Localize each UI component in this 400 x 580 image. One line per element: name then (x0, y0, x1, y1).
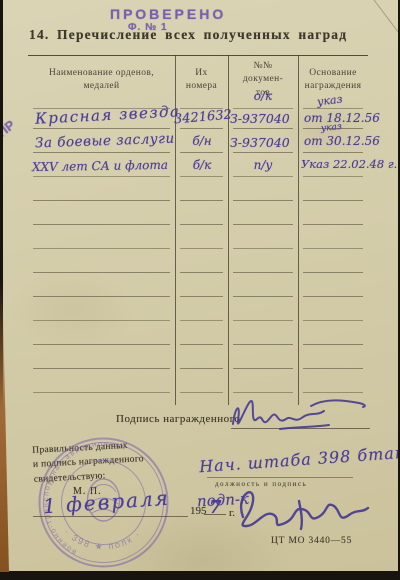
section-heading: 14. Перечисление всех полученных наград (29, 27, 347, 43)
ruled-line (303, 248, 363, 249)
awardee-signature (225, 394, 375, 438)
award-document-entry: п/у (228, 158, 298, 172)
award-basis-entry: от 30.12.56 (304, 134, 380, 148)
ruled-line (180, 248, 223, 249)
ruled-line (233, 200, 293, 201)
signature-label: Подпись награжденного (116, 413, 240, 425)
col-header-number: Их номера (175, 67, 228, 94)
ruled-line (33, 224, 170, 225)
award-name-entry: XXV лет СА и флота (32, 158, 168, 174)
ruled-line (33, 392, 170, 393)
award-basis-top-entry: указ (321, 122, 343, 134)
ruled-line (303, 152, 363, 153)
ruled-line (33, 344, 170, 345)
ruled-line (33, 320, 170, 321)
paper-sheet: ПРОВЕРЕНО Ф. № 1 14. Перечисление всех п… (3, 0, 398, 571)
ruled-line (233, 176, 293, 177)
ruled-line (233, 224, 293, 225)
ruled-line (233, 392, 293, 393)
ruled-line (180, 320, 223, 321)
ruled-line (180, 392, 223, 393)
ruled-line (303, 176, 363, 177)
col-header-name: Наименование орденов, медалей (28, 67, 175, 94)
handwritten-position: Нач. штаба 398 бтап (199, 443, 398, 476)
ruled-line (303, 320, 363, 321)
table-top-border (28, 55, 368, 56)
ruled-line (233, 248, 293, 249)
ruled-line (33, 272, 170, 273)
ruled-line (180, 200, 223, 201)
award-name-entry: Красная звезда (35, 102, 181, 128)
handwritten-doc-note: о/к (233, 89, 293, 103)
ruled-line (303, 296, 363, 297)
ruled-line (233, 320, 293, 321)
award-name-entry: За боевые заслуги (35, 131, 175, 152)
award-number-entry: б/н (175, 134, 229, 148)
awards-table: Наименование орденов, медалей Их номера … (28, 55, 368, 407)
ruled-line (33, 152, 170, 153)
award-document-entry: З-937040 (230, 135, 290, 150)
award-basis-top-entry: указ (316, 92, 343, 108)
ruled-line (303, 108, 363, 109)
ruled-line (180, 176, 223, 177)
print-code: ЦТ МО 3440—55 (271, 536, 352, 546)
ruled-line (33, 128, 170, 129)
ruled-line (233, 272, 293, 273)
award-number-entry: 3421632 (173, 108, 230, 128)
ruled-line (233, 152, 293, 153)
ruled-line (33, 176, 170, 177)
date-line (33, 516, 188, 517)
ruled-line (303, 272, 363, 273)
year-dash-line (204, 514, 226, 515)
edge-stamp-fragment: ПР (3, 117, 18, 140)
ruled-line (303, 224, 363, 225)
ruled-line (33, 248, 170, 249)
ruled-line (33, 368, 170, 369)
ruled-line (33, 296, 170, 297)
award-basis-entry: Указ 22.02.48 г. (301, 157, 397, 171)
ruled-line (180, 296, 223, 297)
scanned-award-form: ПРОВЕРЕНО Ф. № 1 14. Перечисление всех п… (0, 0, 400, 580)
ruled-line (303, 368, 363, 369)
ruled-line (233, 108, 293, 109)
ruled-line (180, 128, 223, 129)
table-column-divider (298, 55, 299, 405)
ruled-line (303, 392, 363, 393)
award-number-entry: б/к (175, 158, 229, 172)
ruled-line (233, 128, 293, 129)
ruled-line (180, 152, 223, 153)
corner-crease (369, 0, 398, 60)
verified-stamp: ПРОВЕРЕНО (110, 6, 226, 22)
ruled-line (180, 272, 223, 273)
ruled-line (180, 368, 223, 369)
col-header-basis: Основание награждения (298, 67, 368, 94)
officer-signature (229, 477, 374, 535)
ruled-line (233, 296, 293, 297)
award-document-entry: З-937040 (230, 111, 290, 126)
ruled-line (180, 224, 223, 225)
ruled-line (180, 344, 223, 345)
award-basis-entry: от 18.12.56 (304, 111, 380, 125)
ruled-line (303, 200, 363, 201)
ruled-line (33, 200, 170, 201)
ruled-line (303, 344, 363, 345)
ruled-line (233, 344, 293, 345)
ruled-line (233, 368, 293, 369)
